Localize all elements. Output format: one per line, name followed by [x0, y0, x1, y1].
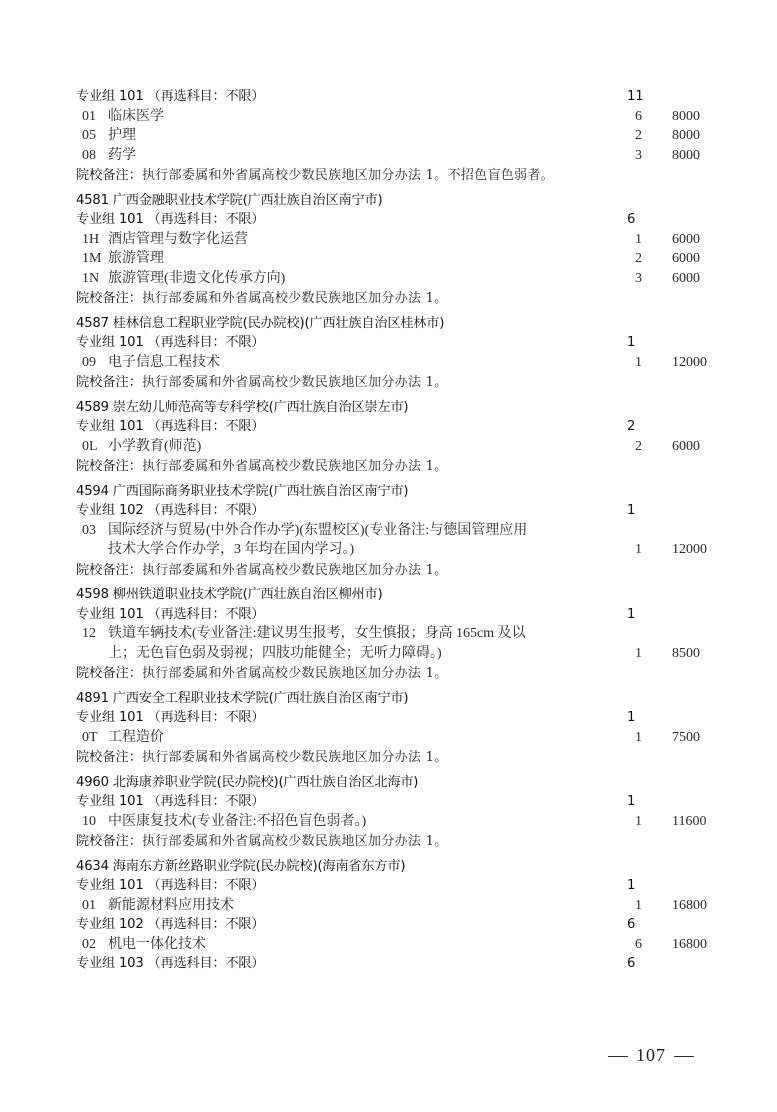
major-row: 01新能源材料应用技术116800: [76, 896, 726, 916]
school-section: 4960 北海康养职业学院(民办院校)(广西壮族自治区北海市)专业组 101 （…: [76, 773, 726, 851]
major-name-continued: 上；无色盲色弱及弱视；四肢功能健全；无听力障碍。): [108, 646, 442, 661]
school-section: 专业组 101 （再选科目：不限）1101临床医学6800005护理280000…: [76, 87, 726, 185]
major-name: 酒店管理与数字化运营: [108, 232, 248, 247]
note-label: 院校备注：: [76, 459, 142, 474]
major-code: 0L: [76, 437, 108, 457]
school-header: 4589 崇左幼儿师范高等专科学校(广西壮族自治区崇左市): [76, 398, 726, 418]
major-group-row: 专业组 102 （再选科目：不限）6: [76, 915, 726, 935]
major-row-continued: 上；无色盲色弱及弱视；四肢功能健全；无听力障碍。)18500: [76, 644, 726, 664]
major-fee: 6000: [672, 269, 700, 289]
major-group-row: 专业组 102 （再选科目：不限）1: [76, 501, 726, 521]
major-group-row: 专业组 101 （再选科目：不限）1: [76, 708, 726, 728]
school-header: 4891 广西安全工程职业技术学院(广西壮族自治区南宁市): [76, 689, 726, 709]
major-count: 1: [616, 230, 642, 250]
school-section: 4634 海南东方新丝路职业学院(民办院校)(海南省东方市)专业组 101 （再…: [76, 857, 726, 974]
major-row-continued: 技术大学合作办学，3 年均在国内学习。)112000: [76, 540, 726, 560]
group-count: 1: [627, 708, 635, 728]
major-code: 05: [76, 126, 108, 146]
major-name: 药学: [108, 148, 136, 163]
note-label: 院校备注：: [76, 168, 142, 183]
major-fee: 11600: [672, 812, 706, 832]
note-label: 院校备注：: [76, 834, 142, 849]
group-label: 专业组 102 （再选科目：不限）: [76, 917, 264, 932]
school-section: 4581 广西金融职业技术学院(广西壮族自治区南宁市)专业组 101 （再选科目…: [76, 191, 726, 308]
note-label: 院校备注：: [76, 375, 142, 390]
major-fee: 8000: [672, 146, 700, 166]
major-group-row: 专业组 101 （再选科目：不限）1: [76, 605, 726, 625]
document-page: 专业组 101 （再选科目：不限）1101临床医学6800005护理280000…: [76, 87, 726, 974]
group-label: 专业组 101 （再选科目：不限）: [76, 878, 264, 893]
note-label: 院校备注：: [76, 291, 142, 306]
school-section: 4587 桂林信息工程职业学院(民办院校)(广西壮族自治区桂林市)专业组 101…: [76, 314, 726, 392]
school-section: 4589 崇左幼儿师范高等专科学校(广西壮族自治区崇左市)专业组 101 （再选…: [76, 398, 726, 476]
major-count: 1: [616, 540, 642, 560]
major-code: 1H: [76, 230, 108, 250]
school-note: 院校备注：执行部委属和外省属高校少数民族地区加分办法 1。: [76, 831, 726, 851]
school-note: 院校备注：执行部委属和外省属高校少数民族地区加分办法 1。: [76, 288, 726, 308]
major-name: 国际经济与贸易(中外合作办学)(东盟校区)(专业备注:与德国管理应用: [108, 523, 527, 538]
major-name: 护理: [108, 128, 136, 143]
major-count: 1: [616, 644, 642, 664]
dash-left: [608, 1056, 628, 1057]
group-count: 6: [627, 915, 635, 935]
school-note: 院校备注：执行部委属和外省属高校少数民族地区加分办法 1。: [76, 372, 726, 392]
major-name: 电子信息工程技术: [108, 355, 220, 370]
major-row: 05护理28000: [76, 126, 726, 146]
group-count: 1: [627, 605, 635, 625]
major-fee: 12000: [672, 353, 707, 373]
major-fee: 6000: [672, 230, 700, 250]
major-row: 1M旅游管理26000: [76, 249, 726, 269]
major-name: 旅游管理: [108, 251, 164, 266]
major-code: 02: [76, 935, 108, 955]
major-row: 1H酒店管理与数字化运营16000: [76, 230, 726, 250]
group-label: 专业组 102 （再选科目：不限）: [76, 503, 264, 518]
major-fee: 8000: [672, 126, 700, 146]
group-label: 专业组 101 （再选科目：不限）: [76, 607, 264, 622]
group-count: 6: [627, 954, 635, 974]
major-count: 3: [616, 146, 642, 166]
note-text: 执行部委属和外省属高校少数民族地区加分办法 1。: [142, 291, 448, 306]
school-header: 4634 海南东方新丝路职业学院(民办院校)(海南省东方市): [76, 857, 726, 877]
school-header: 4960 北海康养职业学院(民办院校)(广西壮族自治区北海市): [76, 773, 726, 793]
note-text: 执行部委属和外省属高校少数民族地区加分办法 1。: [142, 750, 448, 765]
major-code: 01: [76, 107, 108, 127]
school-note: 院校备注：执行部委属和外省属高校少数民族地区加分办法 1。: [76, 663, 726, 683]
major-row: 0L小学教育(师范)26000: [76, 437, 726, 457]
major-group-row: 专业组 101 （再选科目：不限）11: [76, 87, 726, 107]
major-count: 1: [616, 896, 642, 916]
major-fee: 12000: [672, 540, 707, 560]
major-fee: 6000: [672, 249, 700, 269]
major-code: 03: [76, 521, 108, 541]
note-text: 执行部委属和外省属高校少数民族地区加分办法 1。不招色盲色弱者。: [142, 168, 554, 183]
note-label: 院校备注：: [76, 666, 142, 681]
major-count: 2: [616, 437, 642, 457]
group-label: 专业组 101 （再选科目：不限）: [76, 794, 264, 809]
major-group-row: 专业组 101 （再选科目：不限）1: [76, 333, 726, 353]
group-label: 专业组 101 （再选科目：不限）: [76, 419, 264, 434]
major-code: 12: [76, 624, 108, 644]
major-name-continued: 技术大学合作办学，3 年均在国内学习。): [108, 542, 354, 557]
group-count: 1: [627, 876, 635, 896]
group-count: 2: [627, 417, 635, 437]
group-count: 11: [627, 87, 643, 107]
school-header: 4598 柳州铁道职业技术学院(广西壮族自治区柳州市): [76, 585, 726, 605]
major-code: 1M: [76, 249, 108, 269]
major-count: 3: [616, 269, 642, 289]
major-name: 临床医学: [108, 109, 164, 124]
group-count: 6: [627, 210, 635, 230]
school-section: 4891 广西安全工程职业技术学院(广西壮族自治区南宁市)专业组 101 （再选…: [76, 689, 726, 767]
page-footer: 107: [600, 1045, 702, 1066]
major-code: 0T: [76, 728, 108, 748]
major-code: 09: [76, 353, 108, 373]
group-label: 专业组 101 （再选科目：不限）: [76, 89, 264, 104]
group-count: 1: [627, 333, 635, 353]
group-count: 1: [627, 501, 635, 521]
dash-right: [674, 1056, 694, 1057]
note-text: 执行部委属和外省属高校少数民族地区加分办法 1。: [142, 563, 448, 578]
note-text: 执行部委属和外省属高校少数民族地区加分办法 1。: [142, 666, 448, 681]
major-code: 10: [76, 812, 108, 832]
major-count: 1: [616, 812, 642, 832]
major-count: 2: [616, 126, 642, 146]
school-note: 院校备注：执行部委属和外省属高校少数民族地区加分办法 1。: [76, 747, 726, 767]
group-label: 专业组 103 （再选科目：不限）: [76, 956, 264, 971]
school-header: 4587 桂林信息工程职业学院(民办院校)(广西壮族自治区桂林市): [76, 314, 726, 334]
major-group-row: 专业组 101 （再选科目：不限）1: [76, 876, 726, 896]
school-header: 4581 广西金融职业技术学院(广西壮族自治区南宁市): [76, 191, 726, 211]
group-label: 专业组 101 （再选科目：不限）: [76, 335, 264, 350]
note-text: 执行部委属和外省属高校少数民族地区加分办法 1。: [142, 459, 448, 474]
major-code: 1N: [76, 269, 108, 289]
school-section: 4598 柳州铁道职业技术学院(广西壮族自治区柳州市)专业组 101 （再选科目…: [76, 585, 726, 683]
major-count: 1: [616, 728, 642, 748]
major-name: 新能源材料应用技术: [108, 898, 234, 913]
group-label: 专业组 101 （再选科目：不限）: [76, 212, 264, 227]
major-row: 02机电一体化技术616800: [76, 935, 726, 955]
school-note: 院校备注：执行部委属和外省属高校少数民族地区加分办法 1。: [76, 456, 726, 476]
note-label: 院校备注：: [76, 750, 142, 765]
major-fee: 6000: [672, 437, 700, 457]
major-count: 2: [616, 249, 642, 269]
major-row: 09电子信息工程技术112000: [76, 353, 726, 373]
major-row: 12铁道车辆技术(专业备注:建议男生报考，女生慎报；身高 165cm 及以: [76, 624, 726, 644]
note-label: 院校备注：: [76, 563, 142, 578]
major-name: 小学教育(师范): [108, 439, 201, 454]
major-name: 中医康复技术(专业备注:不招色盲色弱者。): [108, 814, 366, 829]
school-note: 院校备注：执行部委属和外省属高校少数民族地区加分办法 1。: [76, 560, 726, 580]
group-label: 专业组 101 （再选科目：不限）: [76, 710, 264, 725]
major-name: 旅游管理(非遗文化传承方向): [108, 271, 285, 286]
major-row: 08药学38000: [76, 146, 726, 166]
major-group-row: 专业组 103 （再选科目：不限）6: [76, 954, 726, 974]
major-count: 6: [616, 107, 642, 127]
major-row: 01临床医学68000: [76, 107, 726, 127]
note-text: 执行部委属和外省属高校少数民族地区加分办法 1。: [142, 834, 448, 849]
major-group-row: 专业组 101 （再选科目：不限）1: [76, 792, 726, 812]
major-code: 01: [76, 896, 108, 916]
school-note: 院校备注：执行部委属和外省属高校少数民族地区加分办法 1。不招色盲色弱者。: [76, 165, 726, 185]
major-row: 1N旅游管理(非遗文化传承方向)36000: [76, 269, 726, 289]
major-code: 08: [76, 146, 108, 166]
major-fee: 8000: [672, 107, 700, 127]
major-row: 0T工程造价17500: [76, 728, 726, 748]
major-fee: 8500: [672, 644, 700, 664]
page-number: 107: [636, 1045, 666, 1065]
major-fee: 7500: [672, 728, 700, 748]
major-group-row: 专业组 101 （再选科目：不限）2: [76, 417, 726, 437]
major-row: 10中医康复技术(专业备注:不招色盲色弱者。)111600: [76, 812, 726, 832]
major-count: 1: [616, 353, 642, 373]
major-name: 工程造价: [108, 730, 164, 745]
group-count: 1: [627, 792, 635, 812]
major-name: 机电一体化技术: [108, 937, 206, 952]
note-text: 执行部委属和外省属高校少数民族地区加分办法 1。: [142, 375, 448, 390]
major-row: 03国际经济与贸易(中外合作办学)(东盟校区)(专业备注:与德国管理应用: [76, 521, 726, 541]
major-fee: 16800: [672, 896, 707, 916]
major-fee: 16800: [672, 935, 707, 955]
school-header: 4594 广西国际商务职业技术学院(广西壮族自治区南宁市): [76, 482, 726, 502]
school-section: 4594 广西国际商务职业技术学院(广西壮族自治区南宁市)专业组 102 （再选…: [76, 482, 726, 580]
major-group-row: 专业组 101 （再选科目：不限）6: [76, 210, 726, 230]
major-name: 铁道车辆技术(专业备注:建议男生报考，女生慎报；身高 165cm 及以: [108, 626, 526, 641]
major-count: 6: [616, 935, 642, 955]
